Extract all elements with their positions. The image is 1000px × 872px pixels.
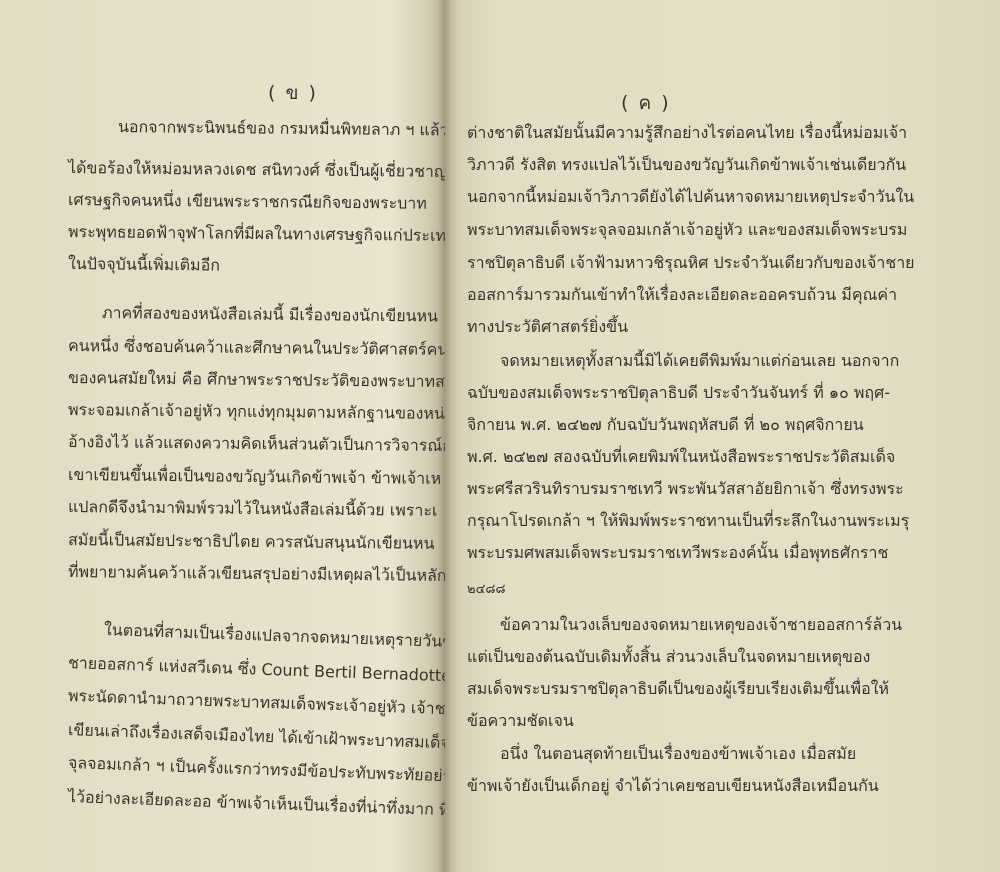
text-line: สมัยนี้เป็นสมัยประชาธิปไตย ควรสนับสนุนนั… <box>68 530 435 554</box>
text-line: ฉบับของสมเด็จพระราชปิตุลาธิบดี ประจำวันจ… <box>467 383 890 403</box>
text-line: นอกจากพระนิพนธ์ของ กรมหมื่นพิทยลาภ ฯ แล้… <box>118 117 445 141</box>
book-gutter <box>438 0 452 872</box>
text-line: ราชปิตุลาธิบดี เจ้าฟ้ามหาวชิรุณหิศ ประจำ… <box>467 253 915 273</box>
text-line: ข้อความชัดเจน <box>467 711 574 731</box>
right-page: ( ค ) ต่างชาติในสมัยนั้นมีความรู้สึกอย่า… <box>445 0 1000 872</box>
text-line: เขาเขียนขึ้นเพื่อเป็นของขวัญวันเกิดข้าพเ… <box>68 465 441 489</box>
text-line: วิภาวดี รังสิต ทรงแปลไว้เป็นของขวัญวันเก… <box>467 155 906 175</box>
text-line: ของคนสมัยใหม่ คือ ศึกษาพระราชประวัติของพ… <box>68 368 445 392</box>
text-line: จิกายน พ.ศ. ๒๔๒๗ กับฉบับวันพฤหัสบดี ที่ … <box>467 415 864 435</box>
text-line: พระบรมศพสมเด็จพระบรมราชเทวีพระองค์นั้น เ… <box>467 543 888 563</box>
text-line-year: ๒๔๘๘ <box>467 580 505 600</box>
text-line: ที่พยายามค้นคว้าแล้วเขียนสรุปอย่างมีเหตุ… <box>68 562 445 586</box>
text-line: ข้าพเจ้ายังเป็นเด็กอยู่ จำได้ว่าเคยชอบเข… <box>467 776 879 796</box>
page-number-kho: ( ข ) <box>268 78 318 108</box>
text-line: พ.ศ. ๒๔๒๗ สองฉบับที่เคยพิมพ์ในหนังสือพระ… <box>467 447 895 467</box>
text-line: พระศรีสวรินทิราบรมราชเทวี พระพันวัสสาอัย… <box>467 479 904 499</box>
text-line: เศรษฐกิจคนหนึ่ง เขียนพระราชกรณียกิจของพร… <box>68 190 427 214</box>
text-line: ต่างชาติในสมัยนั้นมีความรู้สึกอย่างไรต่อ… <box>467 123 907 143</box>
text-line: คนหนึ่ง ซึ่งชอบค้นคว้าและศึกษาคนในประวัต… <box>68 336 445 360</box>
text-line: แต่เป็นของต้นฉบับเดิมทั้งสิ้น ส่วนวงเล็บ… <box>467 647 870 667</box>
book-spread: ( ข ) นอกจากพระนิพนธ์ของ กรมหมื่นพิทยลาภ… <box>0 0 1000 872</box>
text-line: กรุณาโปรดเกล้า ฯ ให้พิมพ์พระราชทานเป็นที… <box>467 511 909 531</box>
text-line: ชายออสการ์ แห่งสวีเดน ซึ่ง Count Bertil … <box>68 653 445 687</box>
text-line: เขียนเล่าถึงเรื่องเสด็จเมืองไทย ได้เข้าเ… <box>68 720 445 753</box>
text-line: พระพุทธยอดฟ้าจุฬาโลกที่มีผลในทางเศรษฐกิจ… <box>68 222 445 246</box>
text-line: ภาคที่สองของหนังสือเล่มนี้ มีเรื่องของนั… <box>102 303 438 327</box>
text-line: พระจอมเกล้าเจ้าอยู่หัว ทุกแง่ทุกมุมตามหล… <box>68 400 445 424</box>
text-line: ออสการ์มารวมกันเข้าทำให้เรื่องละเอียดละอ… <box>467 285 897 305</box>
text-line: ไว้อย่างละเอียดละออ ข้าพเจ้าเห็นเป็นเรื่… <box>68 787 445 820</box>
text-line: แปลกดีจึงนำมาพิมพ์รวมไว้ในหนังสือเล่มนี้… <box>68 497 438 521</box>
text-line: อ้างอิงไว้ แล้วแสดงความคิดเห็นส่วนตัวเป็… <box>68 432 445 456</box>
text-line: นอกจากนี้หม่อมเจ้าวิภาวดียังได้ไปค้นหาจด… <box>467 187 914 207</box>
page-number-kho-khwai: ( ค ) <box>621 88 671 118</box>
text-line: สมเด็จพระบรมราชปิตุลาธิบดีเป็นของผู้เรีย… <box>467 679 889 699</box>
left-page: ( ข ) นอกจากพระนิพนธ์ของ กรมหมื่นพิทยลาภ… <box>0 0 445 872</box>
text-line: จุลจอมเกล้า ฯ เป็นครั้งแรกว่าทรงมีข้อประ… <box>68 753 445 787</box>
text-line: ข้อความในวงเล็บของจดหมายเหตุของเจ้าชายออ… <box>500 615 902 635</box>
text-line: ได้ขอร้องให้หม่อมหลวงเดช สนิทวงศ์ ซึ่งเป… <box>68 158 445 182</box>
text-line: ในตอนที่สามเป็นเรื่องแปลจากจดหมายเหตุราย… <box>104 620 445 653</box>
text-line: พระบาทสมเด็จพระจุลจอมเกล้าเจ้าอยู่หัว แล… <box>467 220 907 240</box>
text-line: พระนัดดานำมาถวายพระบาทสมเด็จพระเจ้าอยู่ห… <box>68 686 445 720</box>
text-line: จดหมายเหตุทั้งสามนี้มิได้เคยตีพิมพ์มาแต่… <box>500 351 899 371</box>
text-line: ทางประวัติศาสตร์ยิ่งขึ้น <box>467 317 628 337</box>
text-line: ในปัจจุบันนี้เพิ่มเติมอีก <box>68 254 220 276</box>
text-line: อนึ่ง ในตอนสุดท้ายเป็นเรื่องของข้าพเจ้าเ… <box>500 744 856 764</box>
